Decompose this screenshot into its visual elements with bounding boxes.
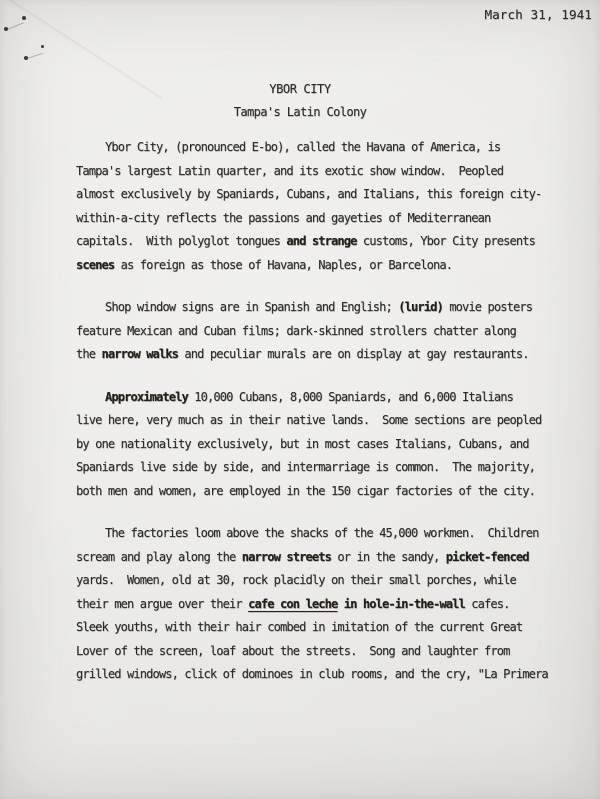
paper-scratch [27, 53, 43, 59]
text-segment: or in the sandy, [331, 550, 446, 564]
text-segment: by one nationality exclusively, but in m… [76, 437, 529, 451]
text-line: scenes as foreign as those of Havana, Na… [76, 254, 566, 278]
text-line: Spaniards live side by side, and interma… [76, 456, 566, 480]
text-line: scream and play along the narrow streets… [76, 546, 566, 570]
text-segment: 10,000 Cubans, 8,000 Spaniards, and 6,00… [188, 390, 513, 404]
text-line: their men argue over their cafe con lech… [76, 593, 566, 617]
text-segment: Tampa's largest Latin quarter, and its e… [76, 164, 503, 178]
emphasized-text: cafe con leche [248, 597, 337, 611]
text-line: Tampa's largest Latin quarter, and its e… [76, 160, 566, 184]
emphasized-text: in hole-in-the-wall [344, 597, 465, 611]
text-line: within-a-city reflects the passions and … [76, 207, 566, 231]
text-line: yards. Women, old at 30, rock placidly o… [76, 569, 566, 593]
text-line: Sleek youths, with their hair combed in … [76, 616, 566, 640]
paper-scratch [7, 22, 24, 30]
emphasized-text: scenes [76, 258, 114, 272]
text-segment: within-a-city reflects the passions and … [76, 211, 490, 225]
text-line: Lover of the screen, loaf about the stre… [76, 640, 566, 664]
text-segment: movie posters [443, 300, 532, 314]
document-body: Ybor City, (pronounced E-bo), called the… [76, 136, 566, 706]
text-line: both men and women, are employed in the … [76, 480, 566, 504]
emphasized-text: narrow streets [242, 550, 331, 564]
text-line: capitals. With polyglot tongues and stra… [76, 230, 566, 254]
paragraph: Approximately 10,000 Cubans, 8,000 Spani… [76, 386, 566, 504]
text-segment: their men argue over their [76, 597, 248, 611]
text-line: Approximately 10,000 Cubans, 8,000 Spani… [76, 386, 566, 410]
emphasized-text: (lurid) [398, 300, 443, 314]
text-segment: live here, very much as in their native … [76, 413, 541, 427]
text-segment: grilled windows, click of dominoes in cl… [76, 667, 548, 681]
text-segment: and peculiar murals are on display at ga… [178, 347, 529, 361]
text-line: the narrow walks and peculiar murals are… [76, 343, 566, 367]
emphasized-text: and strange [286, 234, 356, 248]
paragraph: Shop window signs are in Spanish and Eng… [76, 296, 566, 367]
text-line: grilled windows, click of dominoes in cl… [76, 663, 566, 687]
paragraph: Ybor City, (pronounced E-bo), called the… [76, 136, 566, 277]
paragraph: The factories loom above the shacks of t… [76, 522, 566, 687]
text-segment: Shop window signs are in Spanish and Eng… [105, 300, 398, 314]
text-line: feature Mexican and Cuban films; dark-sk… [76, 320, 566, 344]
page-title: YBOR CITY [0, 82, 600, 96]
text-segment: the [76, 347, 102, 361]
document-date: March 31, 1941 [484, 7, 592, 22]
paper-speck [4, 27, 8, 31]
text-segment: The factories loom above the shacks of t… [105, 526, 538, 540]
text-segment: scream and play along the [76, 550, 242, 564]
text-segment: almost exclusively by Spaniards, Cubans,… [76, 187, 541, 201]
paper-speck [41, 45, 44, 48]
text-segment: as foreign as those of Havana, Naples, o… [114, 258, 452, 272]
page-subtitle: Tampa's Latin Colony [0, 105, 600, 119]
text-line: Ybor City, (pronounced E-bo), called the… [76, 136, 566, 160]
emphasized-text: Approximately [105, 390, 188, 404]
text-line: live here, very much as in their native … [76, 409, 566, 433]
text-segment: Sleek youths, with their hair combed in … [76, 620, 522, 634]
text-segment: capitals. With polyglot tongues [76, 234, 286, 248]
text-segment: Lover of the screen, loaf about the stre… [76, 644, 509, 658]
paper-speck [24, 56, 28, 60]
emphasized-text: picket-fenced [446, 550, 529, 564]
text-segment: cafes. [465, 597, 510, 611]
scanned-document-page: March 31, 1941 YBOR CITY Tampa's Latin C… [0, 0, 600, 799]
text-segment: feature Mexican and Cuban films; dark-sk… [76, 324, 516, 338]
text-segment: Spaniards live side by side, and interma… [76, 460, 535, 474]
text-segment: Ybor City, (pronounced E-bo), called the… [105, 140, 500, 154]
text-segment: yards. Women, old at 30, rock placidly o… [76, 573, 516, 587]
text-segment: customs, Ybor City presents [357, 234, 536, 248]
emphasized-text: narrow walks [102, 347, 179, 361]
paper-speck [22, 16, 26, 20]
text-line: almost exclusively by Spaniards, Cubans,… [76, 183, 566, 207]
text-line: The factories loom above the shacks of t… [76, 522, 566, 546]
text-line: Shop window signs are in Spanish and Eng… [76, 296, 566, 320]
text-segment: both men and women, are employed in the … [76, 484, 535, 498]
text-line: by one nationality exclusively, but in m… [76, 433, 566, 457]
